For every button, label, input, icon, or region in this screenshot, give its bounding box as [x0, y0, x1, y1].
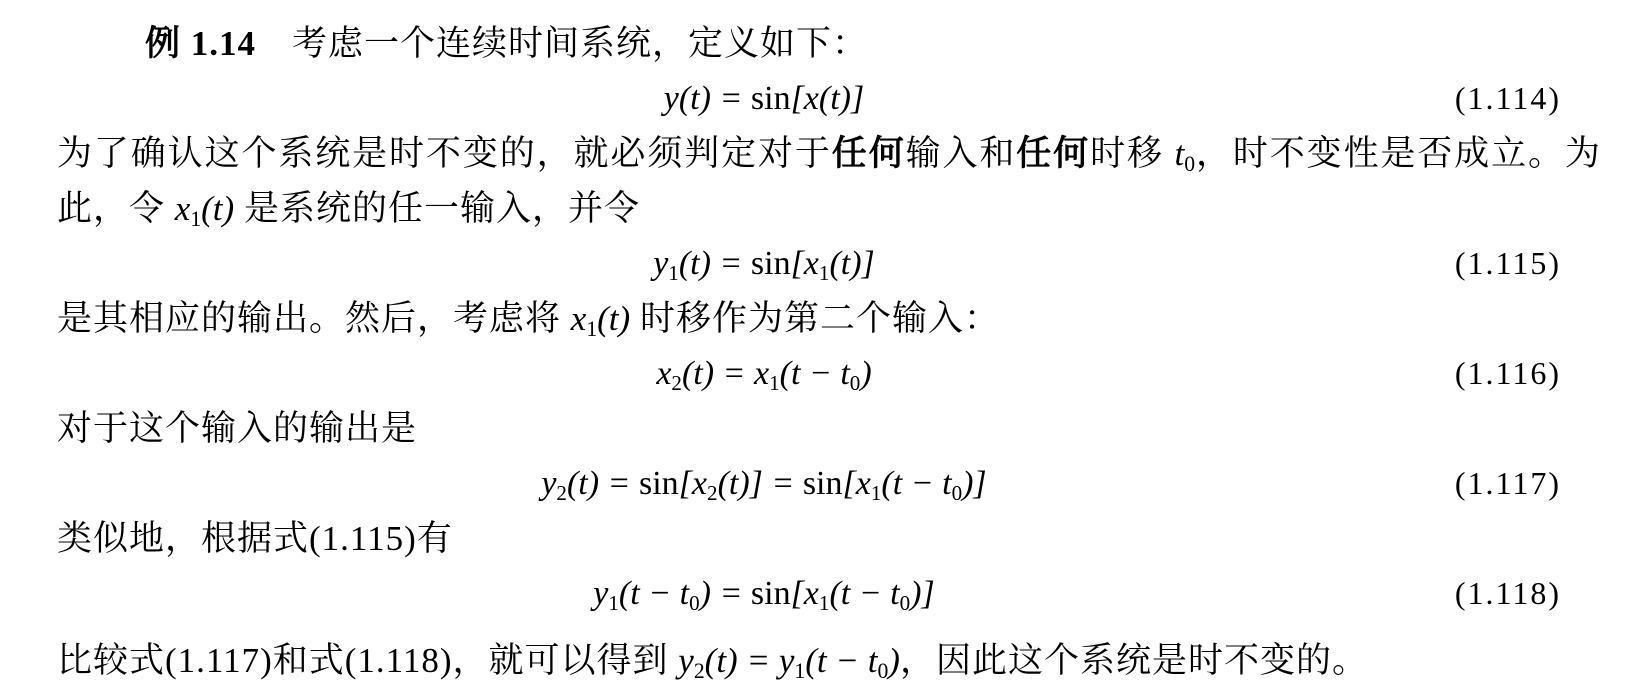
- equation-body: y2(t) = sin[x2(t)] = sin[x1(t − t0)]: [541, 465, 986, 502]
- bold-text-run: 例 1.14: [145, 24, 256, 63]
- equation-1-114: y(t) = sin[x(t)] (1.114): [57, 71, 1601, 126]
- equation-body: x2(t) = x1(t − t0): [656, 355, 871, 392]
- equation-body: y(t) = sin[x(t)]: [664, 80, 864, 117]
- text-run: 为了确认这个系统是时不变的，就必须判定对于: [57, 134, 832, 173]
- inline-math: t0: [1175, 134, 1196, 173]
- equation-number: (1.115): [1455, 236, 1561, 291]
- equation-1-117: y2(t) = sin[x2(t)] = sin[x1(t − t0)] (1.…: [57, 456, 1601, 511]
- text-run: 比较式(1.117)和式(1.118)，就可以得到: [57, 641, 678, 680]
- paragraph-conclusion: 比较式(1.117)和式(1.118)，就可以得到 y2(t) = y1(t −…: [57, 633, 1601, 688]
- text-run: 类似地，根据式(1.115)有: [57, 519, 453, 558]
- equation-1-116: x2(t) = x1(t − t0) (1.116): [57, 346, 1601, 401]
- bold-text-run: 任何: [1016, 134, 1090, 173]
- text-run: 是系统的任一输入，并令: [234, 189, 640, 228]
- text-run: 对于这个输入的输出是: [57, 409, 417, 448]
- equation-number: (1.118): [1455, 566, 1561, 621]
- paragraph-similarly: 类似地，根据式(1.115)有: [57, 511, 1601, 566]
- text-run: 是其相应的输出。然后，考虑将: [57, 299, 571, 338]
- example-heading: 例 1.14 考虑一个连续时间系统，定义如下：: [57, 16, 1601, 71]
- bold-text-run: 任何: [832, 134, 906, 173]
- equation-number: (1.116): [1455, 346, 1561, 401]
- inline-math: y2(t) = y1(t − t0): [678, 641, 900, 680]
- inline-math: x1(t): [175, 189, 234, 228]
- equation-body: y1(t) = sin[x1(t)]: [653, 245, 875, 282]
- paragraph-shifted-input: 是其相应的输出。然后，考虑将 x1(t) 时移作为第二个输入：: [57, 291, 1601, 346]
- textbook-page: 例 1.14 考虑一个连续时间系统，定义如下： y(t) = sin[x(t)]…: [0, 0, 1631, 697]
- text-run: 输入和: [906, 134, 1017, 173]
- equation-body: y1(t − t0) = sin[x1(t − t0)]: [593, 575, 934, 612]
- paragraph-time-invariance-test: 为了确认这个系统是时不变的，就必须判定对于任何输入和任何时移 t0，时不变性是否…: [57, 126, 1601, 236]
- equation-1-115: y1(t) = sin[x1(t)] (1.115): [57, 236, 1601, 291]
- text-run: ，因此这个系统是时不变的。: [900, 641, 1368, 680]
- text-run: 时移: [1090, 134, 1174, 173]
- text-run: 考虑一个连续时间系统，定义如下：: [256, 24, 868, 63]
- equation-number: (1.114): [1455, 71, 1561, 126]
- text-run: 时移作为第二个输入：: [630, 299, 1000, 338]
- equation-number: (1.117): [1455, 456, 1561, 511]
- equation-1-118: y1(t − t0) = sin[x1(t − t0)] (1.118): [57, 566, 1601, 621]
- paragraph-output-for-input: 对于这个输入的输出是: [57, 401, 1601, 456]
- inline-math: x1(t): [571, 299, 630, 338]
